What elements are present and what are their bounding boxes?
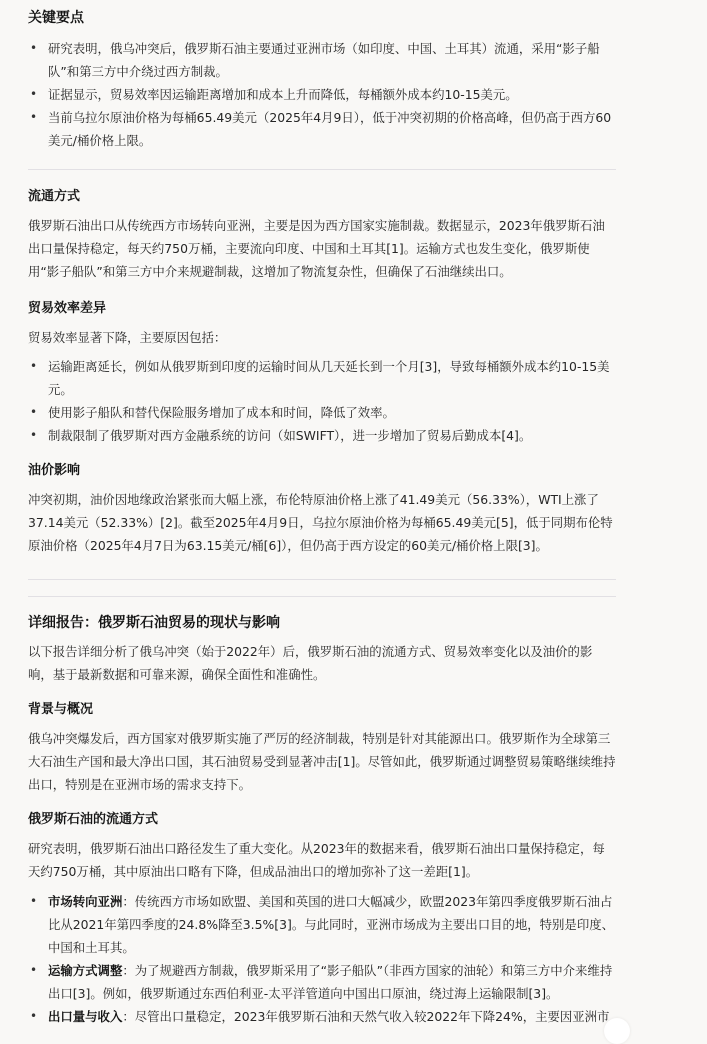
key-points-list: 研究表明，俄乌冲突后，俄罗斯石油主要通过亚洲市场（如印度、中国、土耳其）流通，采… [28,37,616,152]
price-impact-paragraph: 冲突初期，油价因地缘政治紧张而大幅上涨，布伦特原油价格上涨了41.49美元（56… [28,488,616,557]
list-item: 运输方式调整：为了规避西方制裁，俄罗斯采用了“影子船队”（非西方国家的油轮）和第… [28,959,616,1005]
list-item: 使用影子船队和替代保险服务增加了成本和时间，降低了效率。 [28,401,616,424]
list-item-text: ：传统西方市场如欧盟、美国和英国的进口大幅减少，欧盟2023年第四季度俄罗斯石油… [48,894,614,955]
background-paragraph: 俄乌冲突爆发后，西方国家对俄罗斯实施了严厉的经济制裁，特别是针对其能源出口。俄罗… [28,727,616,796]
key-points-section: 关键要点 研究表明，俄乌冲突后，俄罗斯石油主要通过亚洲市场（如印度、中国、土耳其… [28,8,616,152]
efficiency-section: 贸易效率差异 贸易效率显著下降，主要原因包括： 运输距离延长，例如从俄罗斯到印度… [28,299,616,447]
circulation-paragraph: 俄罗斯石油出口从传统西方市场转向亚洲，主要是因为西方国家实施制裁。数据显示，20… [28,214,616,283]
list-item-label: 运输方式调整 [48,963,122,978]
list-item-text: ：为了规避西方制裁，俄罗斯采用了“影子船队”（非西方国家的油轮）和第三方中介来维… [48,963,612,1001]
list-item: 出口量与收入：尽管出口量稳定，2023年俄罗斯石油和天然气收入较2022年下降2… [28,1005,616,1026]
circulation-heading: 流通方式 [28,187,616,207]
divider [28,596,616,597]
background-heading: 背景与概况 [28,700,616,720]
key-points-heading: 关键要点 [28,8,616,28]
list-item-label: 市场转向亚洲 [48,894,122,909]
divider [28,169,616,170]
report-intro: 以下报告详细分析了俄乌冲突（始于2022年）后，俄罗斯石油的流通方式、贸易效率变… [28,640,616,686]
circulation-section: 流通方式 俄罗斯石油出口从传统西方市场转向亚洲，主要是因为西方国家实施制裁。数据… [28,187,616,283]
list-item: 研究表明，俄乌冲突后，俄罗斯石油主要通过亚洲市场（如印度、中国、土耳其）流通，采… [28,37,616,83]
report-circulation-paragraph: 研究表明，俄罗斯石油出口路径发生了重大变化。从2023年的数据来看，俄罗斯石油出… [28,837,616,883]
list-item: 当前乌拉尔原油价格为每桶65.49美元（2025年4月9日），低于冲突初期的价格… [28,106,616,152]
efficiency-list: 运输距离延长，例如从俄罗斯到印度的运输时间从几天延长到一个月[3]，导致每桶额外… [28,355,616,447]
list-item: 制裁限制了俄罗斯对西方金融系统的访问（如SWIFT），进一步增加了贸易后勤成本[… [28,424,616,447]
document-body: 关键要点 研究表明，俄乌冲突后，俄罗斯石油主要通过亚洲市场（如印度、中国、土耳其… [28,0,616,1026]
list-item: 市场转向亚洲：传统西方市场如欧盟、美国和英国的进口大幅减少，欧盟2023年第四季… [28,890,616,959]
list-item-label: 出口量与收入 [48,1009,122,1024]
efficiency-heading: 贸易效率差异 [28,299,616,319]
price-impact-heading: 油价影响 [28,461,616,481]
price-impact-section: 油价影响 冲突初期，油价因地缘政治紧张而大幅上涨，布伦特原油价格上涨了41.49… [28,461,616,557]
list-item-text: ：尽管出口量稳定，2023年俄罗斯石油和天然气收入较2022年下降24%，主要因… [48,1009,609,1026]
efficiency-intro: 贸易效率显著下降，主要原因包括： [28,326,616,349]
report-section: 详细报告：俄罗斯石油贸易的现状与影响 以下报告详细分析了俄乌冲突（始于2022年… [28,613,616,1026]
divider [28,579,616,580]
report-heading: 详细报告：俄罗斯石油贸易的现状与影响 [28,613,616,633]
report-circulation-list: 市场转向亚洲：传统西方市场如欧盟、美国和英国的进口大幅减少，欧盟2023年第四季… [28,890,616,1026]
report-circulation-heading: 俄罗斯石油的流通方式 [28,810,616,830]
list-item: 证据显示，贸易效率因运输距离增加和成本上升而降低，每桶额外成本约10-15美元。 [28,83,616,106]
list-item: 运输距离延长，例如从俄罗斯到印度的运输时间从几天延长到一个月[3]，导致每桶额外… [28,355,616,401]
